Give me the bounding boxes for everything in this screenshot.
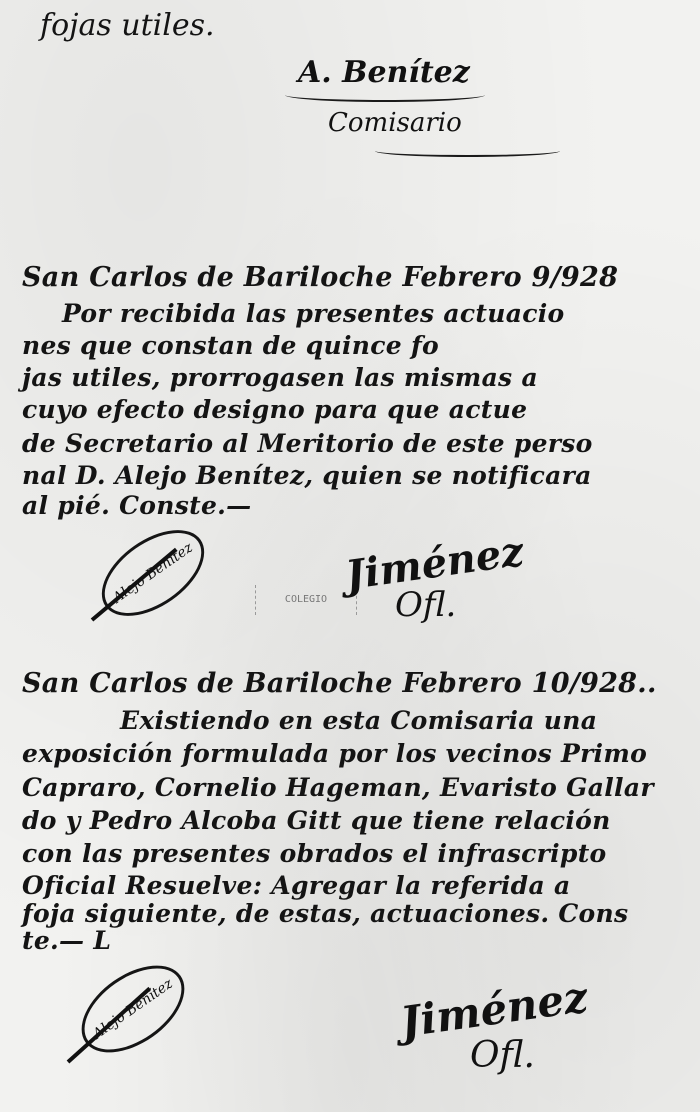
signature-flourish bbox=[375, 145, 560, 157]
entry-1-line-6: nal D. Alejo Benítez, quien se notificar… bbox=[22, 460, 592, 491]
entry-1-line-2: nes que constan de quince fo bbox=[22, 330, 439, 361]
entry-1-line-7: al pié. Conste.— bbox=[22, 490, 251, 521]
entry-2-line-8: te.— L bbox=[22, 925, 111, 956]
top-signature-name: A. Benítez bbox=[298, 55, 470, 90]
entry-1-line-3: jas utiles, prorrogasen las mismas a bbox=[22, 362, 538, 393]
entry-1-heading: San Carlos de Bariloche Febrero 9/928 bbox=[22, 262, 618, 293]
top-note-fojas-utiles: fojas utiles. bbox=[40, 8, 215, 43]
entry-2-oval-seal: Alejo Benítez bbox=[66, 948, 200, 1070]
entry-2-line-6: Oficial Resuelve: Agregar la referida a bbox=[22, 870, 570, 901]
entry-2-line-1: Existiendo en esta Comisaria una bbox=[120, 705, 597, 736]
faint-background-stamp: COLEGIO bbox=[255, 585, 357, 615]
signature-flourish bbox=[285, 88, 485, 102]
entry-1-line-4: cuyo efecto designo para que actue bbox=[22, 394, 527, 425]
top-signature-title: Comisario bbox=[328, 108, 462, 138]
entry-1-oval-seal: Alejo Benítez bbox=[87, 513, 220, 634]
entry-2-line-5: con las presentes obrados el infrascript… bbox=[22, 838, 607, 869]
entry-2-line-7: foja siguiente, de estas, actuaciones. C… bbox=[22, 898, 628, 929]
entry-2-signature-title: Ofl. bbox=[470, 1035, 535, 1076]
scanned-document-page: fojas utiles. A. Benítez Comisario San C… bbox=[0, 0, 700, 1112]
entry-1-line-1: Por recibida las presentes actuacio bbox=[62, 298, 565, 329]
entry-1-line-5: de Secretario al Meritorio de este perso bbox=[22, 428, 593, 459]
entry-2-line-2: exposición formulada por los vecinos Pri… bbox=[22, 738, 647, 769]
entry-2-line-3: Capraro, Cornelio Hageman, Evaristo Gall… bbox=[22, 772, 654, 803]
entry-2-line-4: do y Pedro Alcoba Gitt que tiene relació… bbox=[22, 805, 611, 836]
entry-2-heading: San Carlos de Bariloche Febrero 10/928.. bbox=[22, 668, 657, 699]
entry-1-signature-title: Ofl. bbox=[395, 585, 456, 625]
